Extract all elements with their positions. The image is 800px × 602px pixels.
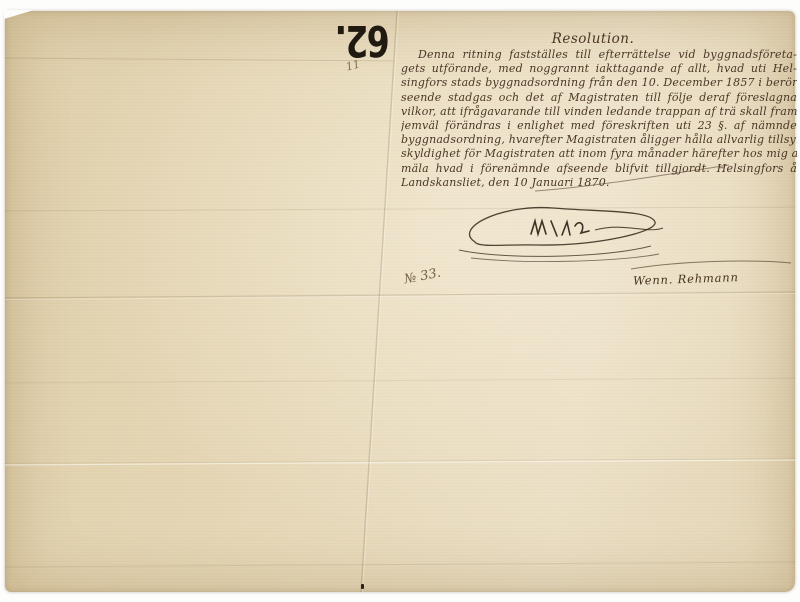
pencil-annotation: 11	[345, 57, 362, 73]
ink-spot	[361, 584, 364, 589]
paper-sheet: 62. 11 Resolution. Denna ritning faststä…	[5, 11, 795, 592]
body-line: byggnadsordning, hvarefter Magistraten å…	[401, 133, 797, 147]
body-line: vilkor, att ifrågavarande till vinden le…	[401, 105, 797, 119]
body-line: Denna ritning fastställes till efterrätt…	[401, 48, 797, 62]
governor-signature-flourish	[445, 194, 675, 266]
page-number-stamp: 62.	[334, 11, 393, 65]
body-line: seende stadgas och det af Magistraten ti…	[401, 91, 797, 105]
body-line-date: Landskansliet, den 10 Januari 1870.	[401, 176, 797, 190]
torn-corner	[4, 10, 34, 19]
document-title: Resolution.	[513, 31, 673, 47]
body-line: gets utförande, med noggrannt iakttagand…	[401, 62, 797, 76]
document-body: Denna ritning fastställes till efterrätt…	[401, 48, 797, 190]
body-line: skyldighet för Magistraten att inom fyra…	[401, 147, 797, 161]
body-line: jemväl förändras i enlighet med föreskri…	[401, 119, 797, 133]
countersignature: Wenn. Rehmann	[633, 268, 793, 288]
body-line: mäla hvad i förenämnde afseende blifvit …	[401, 162, 797, 176]
reference-number: № 33.	[403, 266, 442, 288]
scanned-document-page: 62. 11 Resolution. Denna ritning faststä…	[0, 0, 800, 602]
body-line: singfors stads byggnadsordning från den …	[401, 76, 797, 90]
